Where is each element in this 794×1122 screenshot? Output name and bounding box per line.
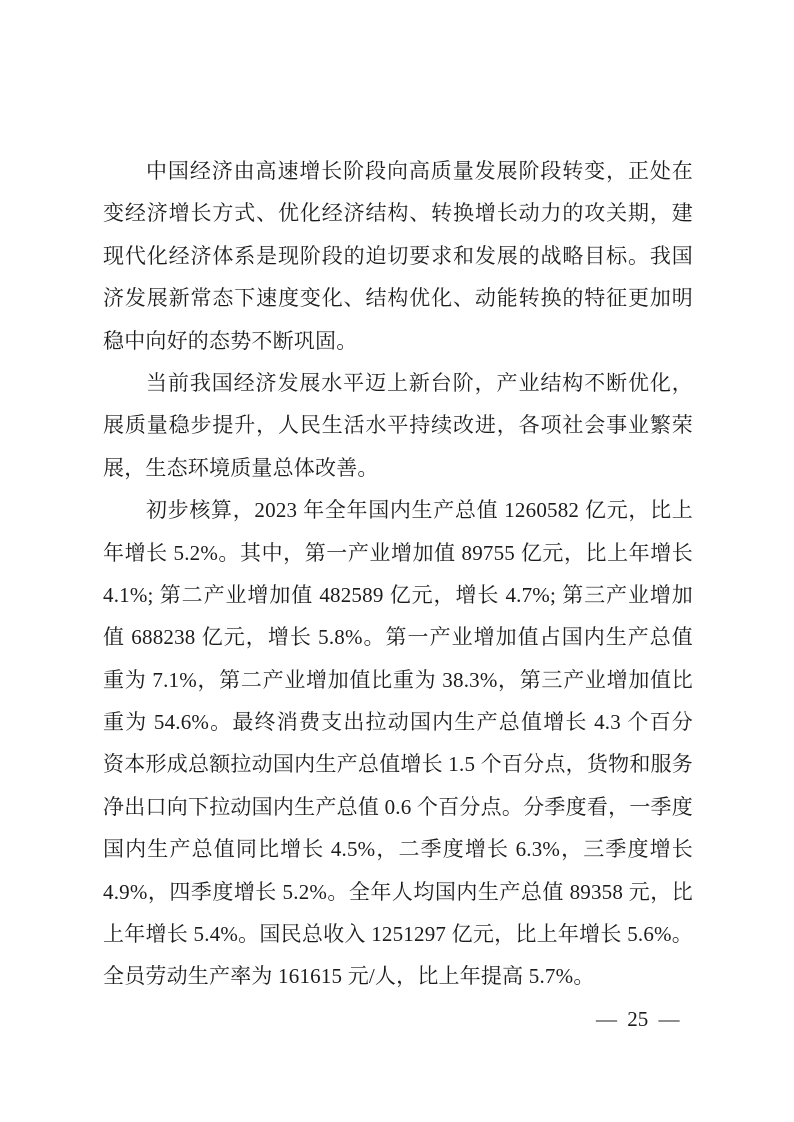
paragraph: 初步核算，2023 年全年国内生产总值 1260582 亿元，比上年增长 5.2…: [103, 489, 693, 998]
text-line: 重为 54.6%。最终消费支出拉动国内生产总值增长 4.3 个百分点，: [103, 701, 693, 743]
text-line: 变经济增长方式、优化经济结构、转换增长动力的攻关期，建设: [103, 192, 693, 234]
text-line: 上年增长 5.4%。国民总收入 1251297 亿元，比上年增长 5.6%。: [103, 913, 693, 955]
text-line: 值 688238 亿元，增长 5.8%。第一产业增加值占国内生产总值比: [103, 616, 693, 658]
text-line: 全员劳动生产率为 161615 元/人，比上年提高 5.7%。: [103, 955, 693, 997]
text-line: 现代化经济体系是现阶段的迫切要求和发展的战略目标。我国经: [103, 235, 693, 277]
page-number: — 25 —: [596, 1006, 680, 1032]
document-page: 中国经济由高速增长阶段向高质量发展阶段转变，正处在转变经济增长方式、优化经济结构…: [0, 0, 794, 1122]
paragraph: 当前我国经济发展水平迈上新台阶，产业结构不断优化，发展质量稳步提升，人民生活水平…: [103, 362, 693, 489]
text-line: 中国经济由高速增长阶段向高质量发展阶段转变，正处在转: [103, 150, 693, 192]
text-line: 4.1%; 第二产业增加值 482589 亿元，增长 4.7%; 第三产业增加: [103, 574, 693, 616]
document-body: 中国经济由高速增长阶段向高质量发展阶段转变，正处在转变经济增长方式、优化经济结构…: [103, 150, 693, 998]
text-line: 4.9%，四季度增长 5.2%。全年人均国内生产总值 89358 元，比: [103, 871, 693, 913]
paragraph: 中国经济由高速增长阶段向高质量发展阶段转变，正处在转变经济增长方式、优化经济结构…: [103, 150, 693, 362]
text-line: 重为 7.1%，第二产业增加值比重为 38.3%，第三产业增加值比: [103, 659, 693, 701]
text-line: 初步核算，2023 年全年国内生产总值 1260582 亿元，比上: [103, 489, 693, 531]
text-line: 展，生态环境质量总体改善。: [103, 447, 693, 489]
text-line: 稳中向好的态势不断巩固。: [103, 320, 693, 362]
text-line: 国内生产总值同比增长 4.5%，二季度增长 6.3%，三季度增长: [103, 828, 693, 870]
text-line: 济发展新常态下速度变化、结构优化、动能转换的特征更加明显，: [103, 277, 693, 319]
text-line: 展质量稳步提升，人民生活水平持续改进，各项社会事业繁荣发: [103, 404, 693, 446]
text-line: 净出口向下拉动国内生产总值 0.6 个百分点。分季度看，一季度: [103, 786, 693, 828]
text-line: 资本形成总额拉动国内生产总值增长 1.5 个百分点，货物和服务: [103, 743, 693, 785]
text-line: 当前我国经济发展水平迈上新台阶，产业结构不断优化，发: [103, 362, 693, 404]
text-line: 年增长 5.2%。其中，第一产业增加值 89755 亿元，比上年增长: [103, 532, 693, 574]
